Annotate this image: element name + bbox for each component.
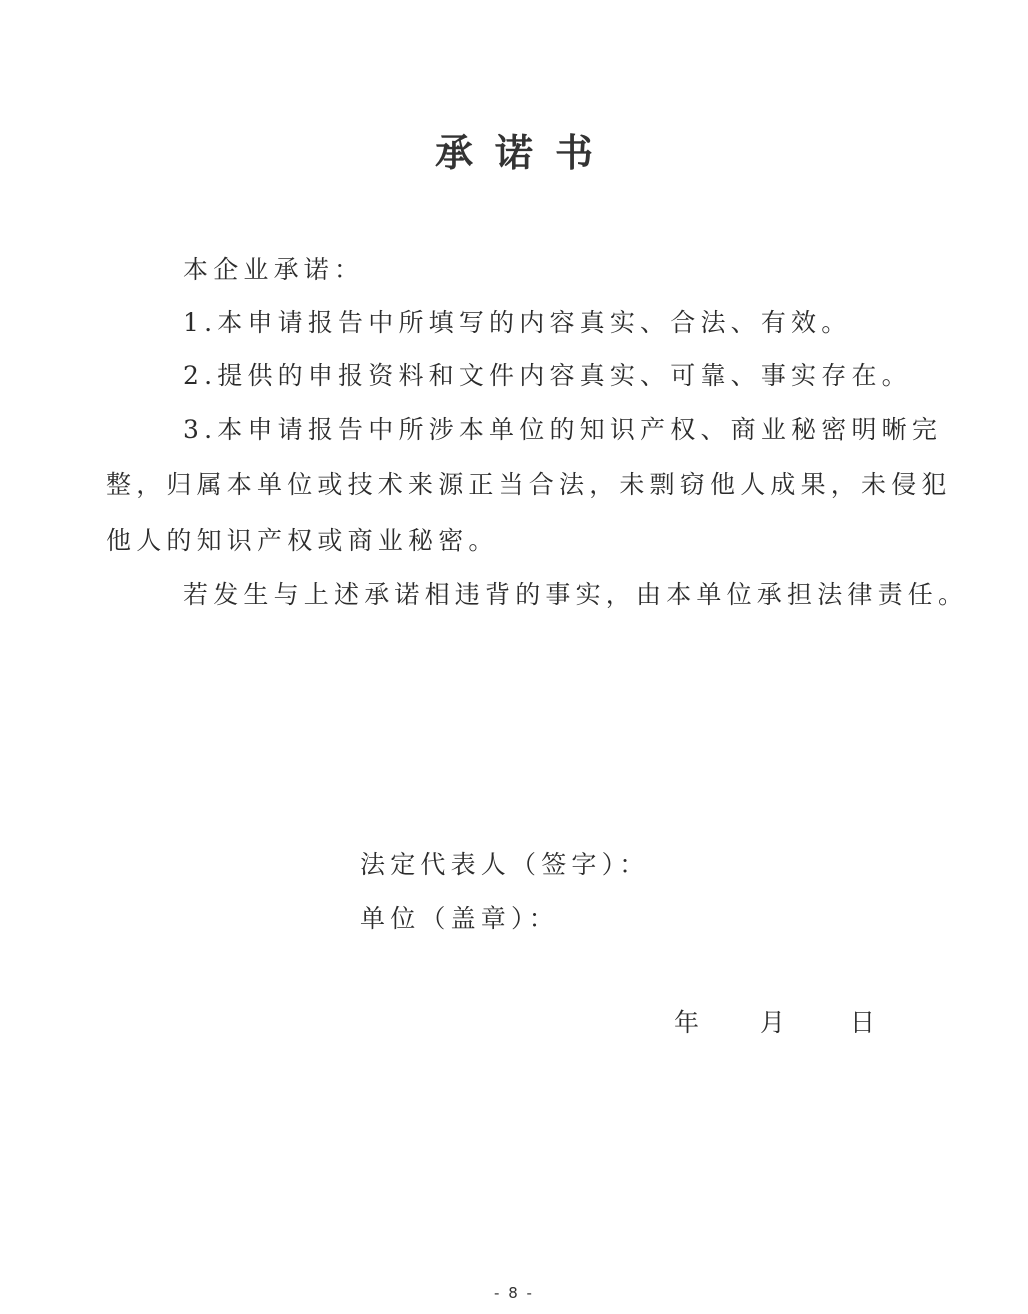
document-title: 承诺书 bbox=[0, 122, 1028, 177]
commitment-item-3-line-3: 他人的知识产权或商业秘密。 bbox=[106, 521, 499, 557]
unit-seal-label: 单位（盖章）： bbox=[360, 899, 559, 935]
page-number: - 8 - bbox=[0, 1284, 1028, 1302]
liability-statement: 若发生与上述承诺相违背的事实，由本单位承担法律责任。 bbox=[183, 575, 968, 611]
commitment-item-2: 2.提供的申报资料和文件内容真实、可靠、事实存在。 bbox=[183, 356, 912, 392]
commitment-item-3-line-2: 整，归属本单位或技术来源正当合法，未剽窃他人成果，未侵犯 bbox=[106, 465, 952, 501]
representative-signature-label: 法定代表人（签字）： bbox=[360, 845, 650, 881]
commitment-item-3-line-1: 3.本申请报告中所涉本单位的知识产权、商业秘密明晰完 bbox=[183, 410, 942, 446]
date-day-label: 日 bbox=[850, 1003, 880, 1039]
date-month-label: 月 bbox=[760, 1003, 790, 1039]
commitment-item-1: 1.本申请报告中所填写的内容真实、合法、有效。 bbox=[183, 303, 851, 339]
intro-text: 本企业承诺： bbox=[183, 250, 364, 286]
date-year-label: 年 bbox=[674, 1003, 704, 1039]
